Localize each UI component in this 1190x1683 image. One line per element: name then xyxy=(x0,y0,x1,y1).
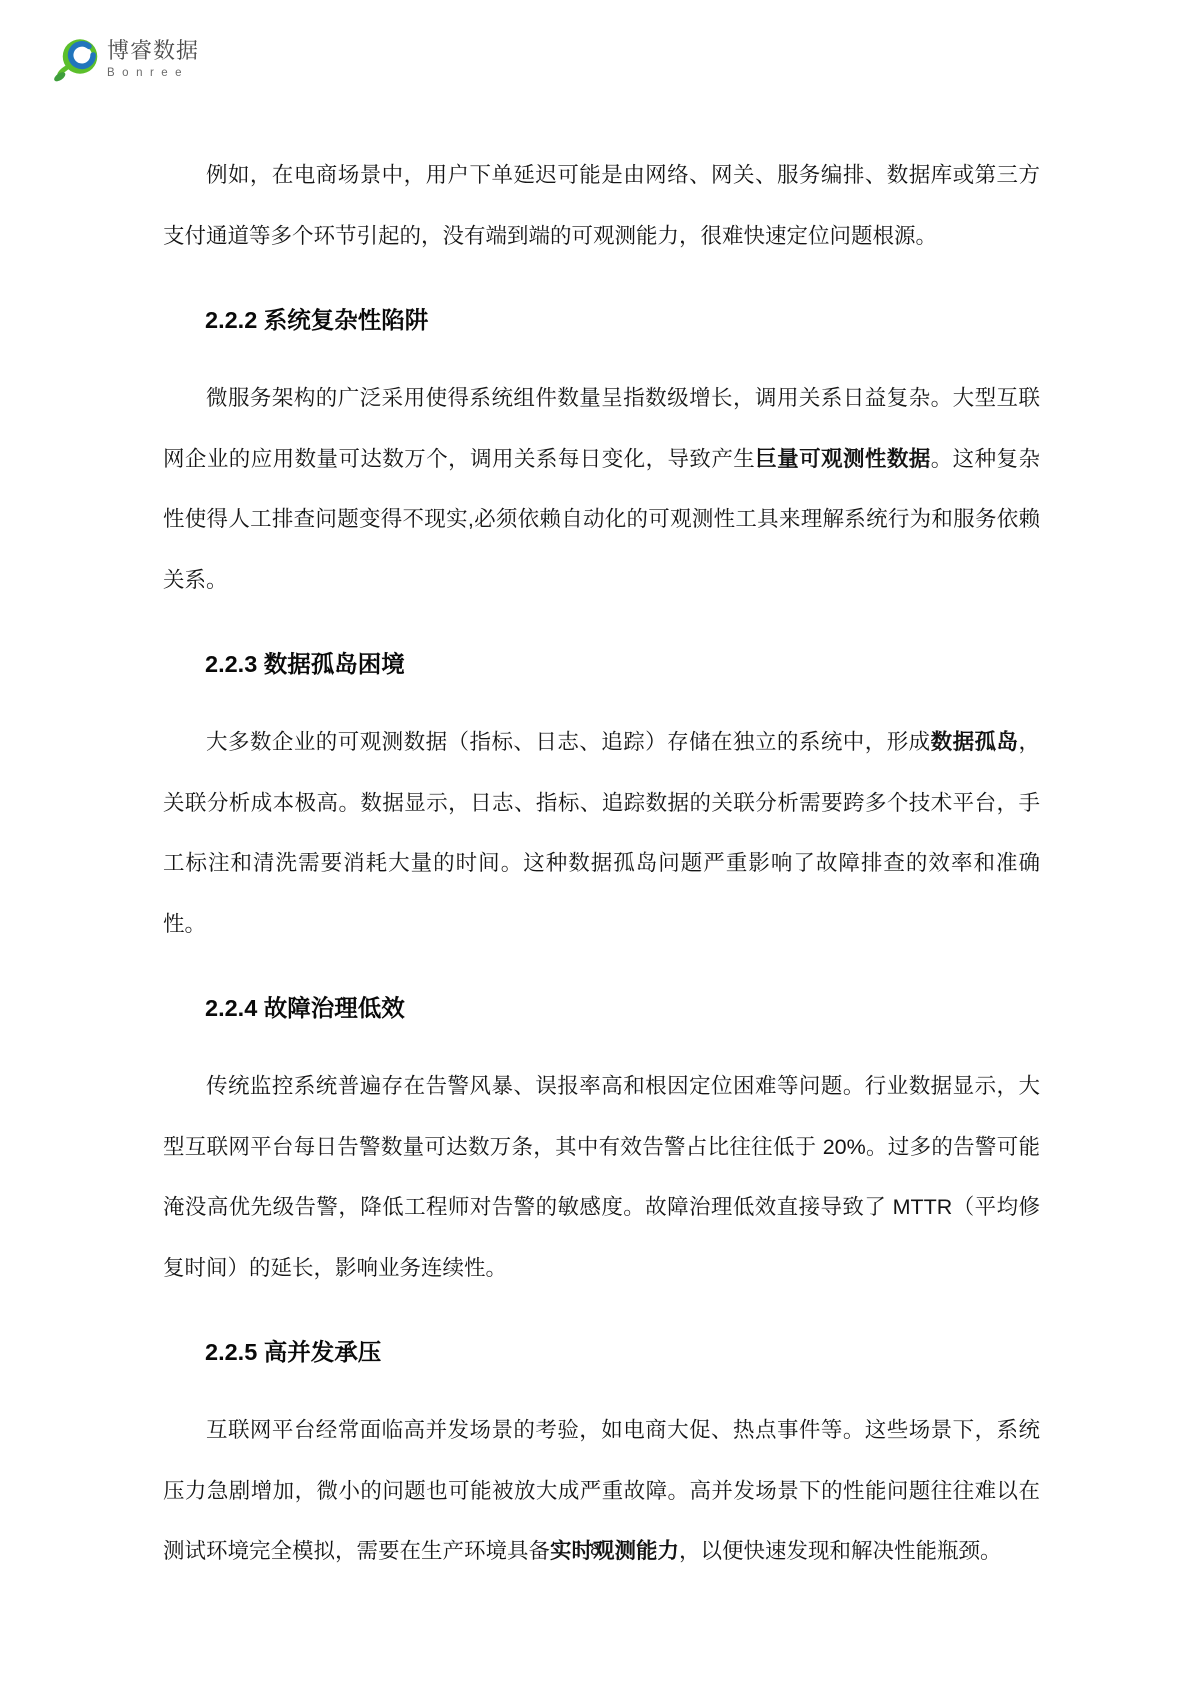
bold-text-run: 数据孤岛 xyxy=(931,730,1019,754)
text-run: 2.2.4 故障治理低效 xyxy=(205,995,405,1021)
paragraph: 传统监控系统普遍存在告警风暴、误报率高和根因定位困难等问题。行业数据显示，大型互… xyxy=(163,1056,1040,1298)
text-run: 例如，在电商场景中，用户下单延迟可能是由网络、网关、服务编排、数据库或第三方支付… xyxy=(163,163,1040,248)
paragraph: 大多数企业的可观测数据（指标、日志、追踪）存储在独立的系统中，形成数据孤岛，关联… xyxy=(163,712,1040,954)
page-number: 8 xyxy=(0,1538,1190,1560)
brand-name-cn: 博睿数据 xyxy=(107,39,199,63)
paragraph: 例如，在电商场景中，用户下单延迟可能是由网络、网关、服务编排、数据库或第三方支付… xyxy=(163,145,1040,266)
text-run: 大多数企业的可观测数据（指标、日志、追踪）存储在独立的系统中，形成 xyxy=(206,730,931,754)
text-run: 2.2.5 高并发承压 xyxy=(205,1339,381,1365)
brand-name-en: Bonree xyxy=(107,66,199,80)
section-heading: 2.2.5 高并发承压 xyxy=(163,1322,1040,1382)
text-run: 2.2.3 数据孤岛困境 xyxy=(205,651,405,677)
section-heading: 2.2.4 故障治理低效 xyxy=(163,978,1040,1038)
bonree-logo-icon xyxy=(53,33,101,89)
document-content: 例如，在电商场景中，用户下单延迟可能是由网络、网关、服务编排、数据库或第三方支付… xyxy=(163,145,1040,1582)
document-page: 博睿数据 Bonree 例如，在电商场景中，用户下单延迟可能是由网络、网关、服务… xyxy=(0,0,1190,1683)
paragraph: 微服务架构的广泛采用使得系统组件数量呈指数级增长，调用关系日益复杂。大型互联网企… xyxy=(163,368,1040,610)
bonree-logo: 博睿数据 Bonree xyxy=(53,33,199,89)
text-run: 2.2.2 系统复杂性陷阱 xyxy=(205,307,428,333)
text-run: ，关联分析成本极高。数据显示，日志、指标、追踪数据的关联分析需要跨多个技术平台，… xyxy=(163,730,1040,936)
brand-text: 博睿数据 Bonree xyxy=(107,33,199,80)
section-heading: 2.2.3 数据孤岛困境 xyxy=(163,634,1040,694)
bold-text-run: 巨量可观测性数据 xyxy=(755,447,930,471)
text-run: 传统监控系统普遍存在告警风暴、误报率高和根因定位困难等问题。行业数据显示，大型互… xyxy=(163,1074,1040,1280)
section-heading: 2.2.2 系统复杂性陷阱 xyxy=(163,290,1040,350)
